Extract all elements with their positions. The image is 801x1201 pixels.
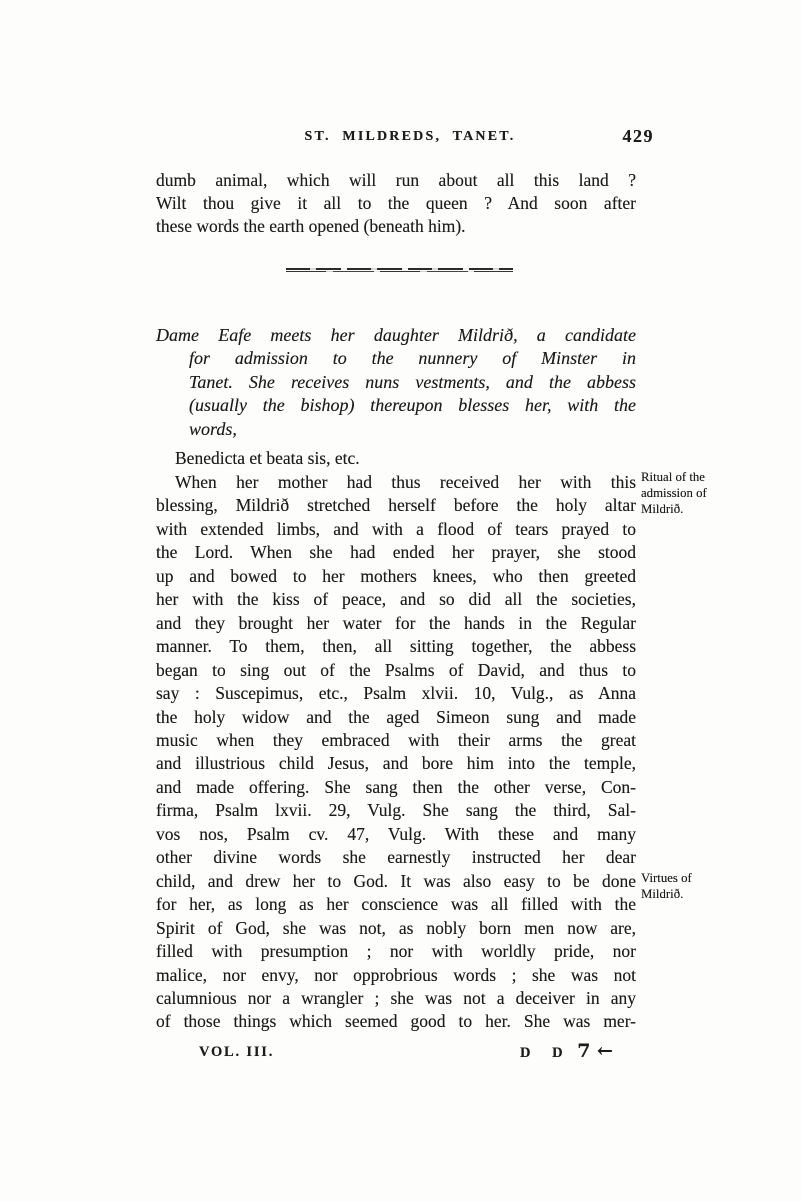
volume-label: VOL. III. [199,1044,274,1061]
text-line: music when they embraced with their arms… [156,729,636,752]
text-line: of those things which seemed good to her… [156,1010,636,1033]
running-head-title: ST. MILDREDS, TANET. [180,129,640,145]
text-line: admission of [641,486,741,502]
text-line: Tanet. She receives nuns vestments, and … [156,371,636,394]
text-line: up and bowed to her mothers knees, who t… [156,565,636,588]
text-line: with extended limbs, and with a flood of… [156,518,636,541]
text-line: When her mother had thus received her wi… [156,471,636,494]
page-number: 429 [598,126,654,147]
main-paragraph: When her mother had thus received her wi… [156,471,636,1034]
section-heading: Dame Eafe meets her daughter Mildrið, a … [156,324,636,441]
text-line: dumb animal, which will run about all th… [156,169,636,192]
text-line: her with the kiss of peace, and so did a… [156,588,636,611]
text-line: manner. To them, then, all sitting toget… [156,635,636,658]
text-line: Wilt thou give it all to the queen ? And… [156,192,636,215]
text-line: these words the earth opened (beneath hi… [156,215,636,238]
section-divider-rule [286,268,513,274]
text-line: words, [156,418,636,441]
text-line: Mildrið. [641,887,741,903]
signature-mark: D D 7 ← [520,1040,613,1062]
text-line: Virtues of [641,871,741,887]
text-line: Ritual of the [641,470,741,486]
benedicta-line: Benedicta et beata sis, etc. [175,448,360,469]
text-line: vos nos, Psalm cv. 47, Vulg. With these … [156,823,636,846]
text-line: and made offering. She sang then the oth… [156,776,636,799]
text-line: the holy widow and the aged Simeon sung … [156,706,636,729]
handwritten-arrow-mark: 7 ← [577,1040,613,1062]
signature-letters: D D [520,1045,572,1061]
text-line: blessing, Mildrið stretched herself befo… [156,494,636,517]
text-line: (usually the bishop) thereupon blesses h… [156,394,636,417]
continuation-paragraph: dumb animal, which will run about all th… [156,169,636,238]
margin-note-virtues: Virtues ofMildrið. [641,871,741,903]
text-line: for her, as long as her conscience was a… [156,893,636,916]
text-line: say : Suscepimus, etc., Psalm xlvii. 10,… [156,682,636,705]
text-line: Spirit of God, she was not, as nobly bor… [156,917,636,940]
text-line: and they brought her water for the hands… [156,612,636,635]
text-line: Mildrið. [641,502,741,518]
text-line: and illustrious child Jesus, and bore hi… [156,752,636,775]
text-line: firma, Psalm lxvii. 29, Vulg. She sang t… [156,799,636,822]
margin-note-ritual: Ritual of theadmission ofMildrið. [641,470,741,518]
book-page: ST. MILDREDS, TANET. 429 dumb animal, wh… [0,0,801,1201]
text-line: child, and drew her to God. It was also … [156,870,636,893]
text-line: filled with presumption ; nor with world… [156,940,636,963]
text-line: Dame Eafe meets her daughter Mildrið, a … [156,324,636,347]
text-line: calumnious nor a wrangler ; she was not … [156,987,636,1010]
text-line: other divine words she earnestly instruc… [156,846,636,869]
text-line: malice, nor envy, nor opprobrious words … [156,964,636,987]
text-line: began to sing out of the Psalms of David… [156,659,636,682]
text-line: the Lord. When she had ended her prayer,… [156,541,636,564]
text-line: for admission to the nunnery of Minster … [156,347,636,370]
